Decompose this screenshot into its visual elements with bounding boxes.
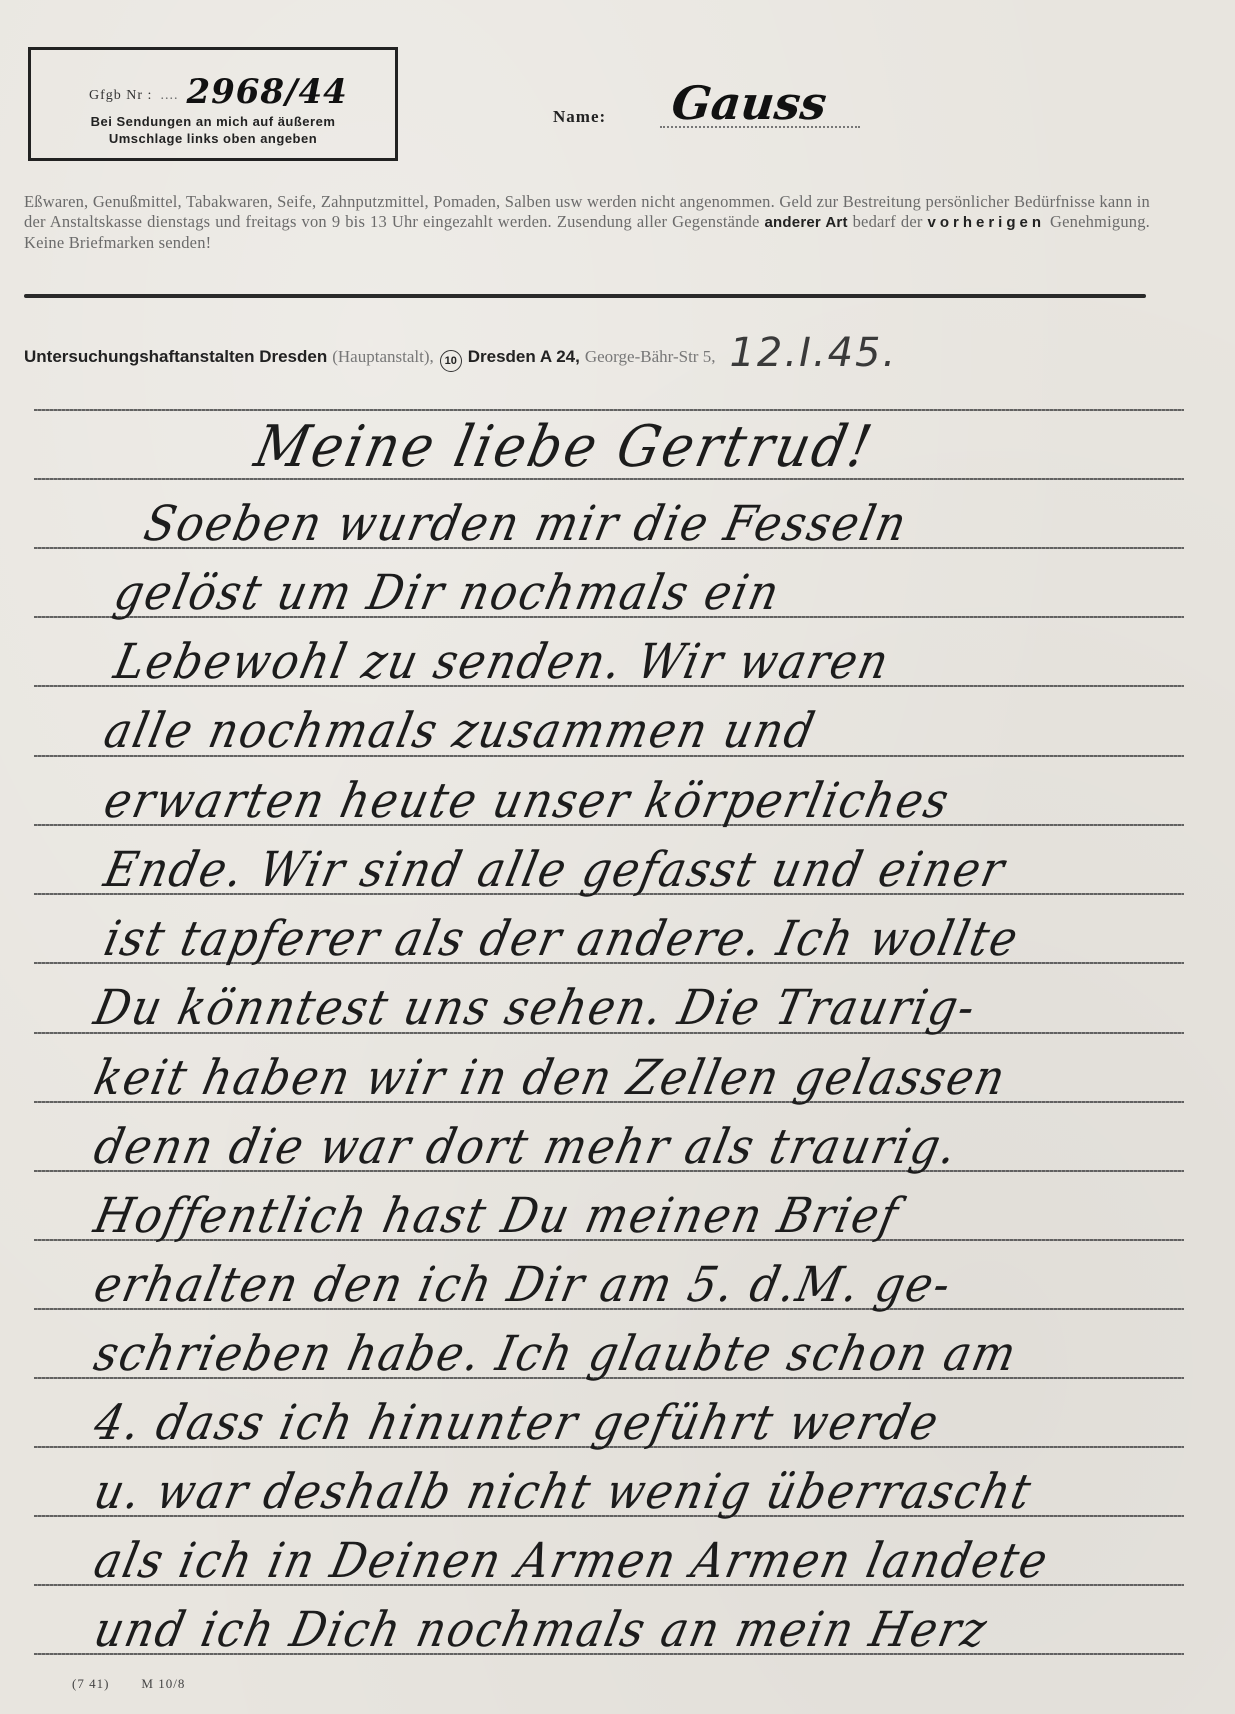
letter-line: u. war deshalb nicht wenig überrascht — [90, 1469, 1037, 1517]
handwritten-letter: Meine liebe Gertrud! Soeben wurden mir d… — [0, 0, 1235, 1714]
letter-line: Du könntest uns sehen. Die Traurig- — [90, 985, 981, 1033]
letter-line: Ende. Wir sind alle gefasst und einer — [100, 847, 1010, 895]
letter-line: Soeben wurden mir die Fesseln — [140, 501, 912, 549]
letter-line: Lebewohl zu senden. Wir waren — [110, 639, 894, 687]
form-code: (7 41) — [72, 1676, 109, 1692]
letter-line: schrieben habe. Ich glaubte schon am — [90, 1331, 1022, 1379]
letter-line: als ich in Deinen Armen Armen landete — [90, 1538, 1053, 1586]
letter-line: Hoffentlich hast Du meinen Brief — [90, 1193, 904, 1241]
letter-line: und ich Dich nochmals an mein Herz — [90, 1607, 992, 1655]
letter-salutation: Meine liebe Gertrud! — [250, 419, 879, 476]
form-footer: (7 41) M 10/8 — [72, 1676, 185, 1692]
letter-line: 4. dass ich hinunter geführt werde — [90, 1400, 944, 1448]
print-code: M 10/8 — [141, 1676, 185, 1692]
letter-line: gelöst um Dir nochmals ein — [110, 570, 785, 618]
letter-line: ist tapferer als der andere. Ich wollte — [100, 916, 1023, 964]
letter-line: keit haben wir in den Zellen gelassen — [90, 1055, 1011, 1103]
letter-line: erhalten den ich Dir am 5. d.M. ge- — [90, 1262, 956, 1310]
letter-line: denn die war dort mehr als traurig. — [90, 1124, 962, 1172]
letter-line: alle nochmals zusammen und — [100, 708, 820, 756]
letter-line: erwarten heute unser körperliches — [100, 778, 954, 826]
